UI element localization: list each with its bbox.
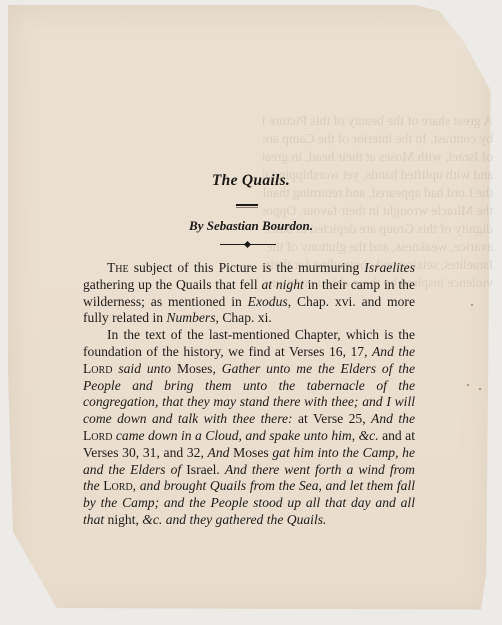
- italic-text: And: [208, 445, 230, 460]
- roman-text: , Chap. xi.: [216, 310, 272, 325]
- bleed-through-line: avarice, weakness, and the gluttony of t…: [263, 238, 493, 256]
- smallcaps-text: The: [107, 260, 129, 275]
- italic-text: Exodus: [248, 294, 288, 309]
- roman-text: gathering up the Quails that fell: [83, 277, 261, 292]
- document-byline: By Sebastian Bourdon.: [0, 218, 502, 234]
- roman-text: night,: [104, 512, 142, 527]
- bleed-through-line: A great share of the beauty of this Pict…: [263, 112, 493, 130]
- paragraph-1: The subject of this Picture is the murmu…: [83, 260, 415, 327]
- roman-text: at Verse 25,: [293, 411, 372, 426]
- roman-text: Moses,: [171, 361, 222, 376]
- paper-foxing-spot: [479, 388, 481, 390]
- smallcaps-text: Lord: [100, 478, 133, 493]
- roman-text: ,: [133, 478, 140, 493]
- paragraph-2: In the text of the last-mentioned Chapte…: [83, 327, 415, 529]
- italic-text: said unto: [112, 361, 171, 376]
- italic-text: And the: [371, 411, 415, 426]
- bleed-through-line: of Israel, with Moses at their head, in …: [263, 148, 493, 166]
- italic-text: Numbers: [166, 310, 215, 325]
- paper-foxing-spot: [467, 384, 469, 386]
- smallcaps-text: Lord: [83, 361, 112, 376]
- italic-text: at night: [261, 277, 303, 292]
- roman-text: subject of this Picture is the murmuring: [129, 260, 365, 275]
- roman-text: In the text of the last-mentioned Chapte…: [83, 327, 415, 359]
- italic-text: &c. and they gathered the Quails.: [142, 512, 326, 527]
- ornament-divider-icon: [220, 244, 276, 245]
- title-rule-divider: [236, 204, 258, 206]
- document-title: The Quails.: [0, 172, 502, 190]
- italic-text: came down in a Cloud, and spake unto him…: [112, 428, 378, 443]
- document-body: The subject of this Picture is the murmu…: [83, 260, 415, 529]
- paper-foxing-spot: [471, 304, 473, 306]
- roman-text: Israel.: [181, 462, 225, 477]
- bleed-through-line: by contrast. In the interior of the Camp…: [263, 130, 493, 148]
- smallcaps-text: Lord: [83, 428, 112, 443]
- roman-text: Moses: [229, 445, 272, 460]
- italic-text: Israelites: [364, 260, 415, 275]
- italic-text: And the: [372, 344, 415, 359]
